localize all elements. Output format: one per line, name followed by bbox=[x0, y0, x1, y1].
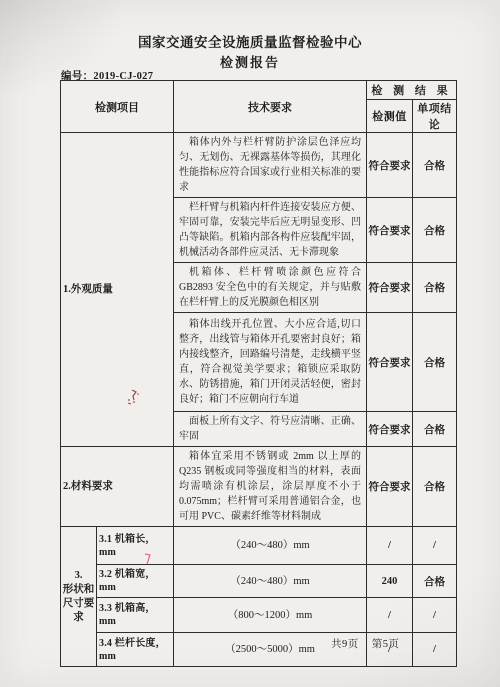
table-header-row: 检测项目 技术要求 检 测 结 果 bbox=[61, 81, 457, 100]
requirement-cell: 箱体宜采用不锈钢或 2mm 以上厚的 Q235 钢板或同等强度相当的材料，表面均… bbox=[174, 447, 367, 527]
table-row: 3.2 机箱宽，mm（240～480）mm240合格 bbox=[61, 565, 457, 598]
scanned-report-page: 国家交通安全设施质量监督检验中心 检测报告 编号：2019-CJ-027 检测项… bbox=[0, 0, 500, 687]
conclusion-cell: 合格 bbox=[413, 447, 457, 527]
table-row: 3.3 机箱高，mm（800～1200）mm// bbox=[61, 598, 457, 633]
col-header-value: 检测值 bbox=[367, 100, 413, 133]
requirement-cell: 机箱体、栏杆臂喷涂颜色应符合 GB2893 安全色中的有关规定，并与贴敷在栏杆臂… bbox=[174, 263, 367, 313]
table-row: 3. 形状和 尺寸要 求3.1 机箱长，mm（240～480）mm// bbox=[61, 527, 457, 565]
value-cell: 符合要求 bbox=[367, 447, 413, 527]
requirement-cell: （240～480）mm bbox=[174, 565, 367, 598]
table-row: 1.外观质量箱体内外与栏杆臂防护涂层色泽应均匀、无划伤、无裸露基体等损伤，其理化… bbox=[61, 133, 457, 198]
conclusion-cell: / bbox=[413, 633, 457, 667]
value-cell: 符合要求 bbox=[367, 198, 413, 263]
conclusion-cell: / bbox=[413, 598, 457, 633]
inspection-table: 检测项目 技术要求 检 测 结 果 检测值 单项结论 1.外观质量箱体内外与栏杆… bbox=[60, 80, 457, 667]
value-cell: 240 bbox=[367, 565, 413, 598]
value-cell: 符合要求 bbox=[367, 313, 413, 412]
table-row: 2.材料要求箱体宜采用不锈钢或 2mm 以上厚的 Q235 钢板或同等强度相当的… bbox=[61, 447, 457, 527]
col-header-result-group: 检 测 结 果 bbox=[367, 81, 457, 100]
conclusion-cell: 合格 bbox=[413, 565, 457, 598]
value-cell: 符合要求 bbox=[367, 263, 413, 313]
sub-item-label: 3.4 栏杆长度，mm bbox=[97, 633, 174, 667]
col-header-item: 检测项目 bbox=[61, 81, 174, 133]
report-table-body: 1.外观质量箱体内外与栏杆臂防护涂层色泽应均匀、无划伤、无裸露基体等损伤，其理化… bbox=[61, 133, 457, 667]
org-title: 国家交通安全设施质量监督检验中心 bbox=[0, 31, 500, 51]
sub-item-label: 3.3 机箱高，mm bbox=[97, 598, 174, 633]
page-current: 第5页 bbox=[372, 639, 400, 650]
conclusion-cell: 合格 bbox=[413, 133, 457, 198]
conclusion-cell: 合格 bbox=[413, 198, 457, 263]
col-header-conclusion: 单项结论 bbox=[413, 100, 457, 133]
requirement-cell: 箱体内外与栏杆臂防护涂层色泽应均匀、无划伤、无裸露基体等损伤，其理化性能指标应符… bbox=[174, 133, 367, 198]
requirement-cell: （240～480）mm bbox=[174, 527, 367, 565]
value-cell: / bbox=[367, 527, 413, 565]
requirement-cell: 栏杆臂与机箱内杆件连接安装应方便、牢固可靠，安装完毕后应无明显变形、凹凸等缺陷。… bbox=[174, 198, 367, 263]
section-label: 1.外观质量 bbox=[61, 133, 174, 447]
page-footer: 共9页第5页 bbox=[331, 636, 400, 651]
conclusion-cell: 合格 bbox=[413, 313, 457, 412]
value-cell: 符合要求 bbox=[367, 133, 413, 198]
requirement-cell: 面板上所有文字、符号应清晰、正确、牢固 bbox=[174, 412, 367, 447]
conclusion-cell: / bbox=[413, 527, 457, 565]
col-header-requirement: 技术要求 bbox=[174, 81, 367, 133]
value-cell: 符合要求 bbox=[367, 412, 413, 447]
section-label: 2.材料要求 bbox=[61, 447, 174, 527]
conclusion-cell: 合格 bbox=[413, 263, 457, 313]
value-cell: / bbox=[367, 598, 413, 633]
section-label: 3. 形状和 尺寸要 求 bbox=[61, 527, 97, 667]
conclusion-cell: 合格 bbox=[413, 412, 457, 447]
sub-item-label: 3.1 机箱长，mm bbox=[97, 527, 174, 565]
requirement-cell: （800～1200）mm bbox=[174, 598, 367, 633]
sub-item-label: 3.2 机箱宽，mm bbox=[97, 565, 174, 598]
pages-total: 共9页 bbox=[331, 639, 359, 650]
requirement-cell: 箱体出线开孔位置、大小应合适,切口整齐，出线管与箱体开孔要密封良好；箱内接线整齐… bbox=[174, 313, 367, 412]
